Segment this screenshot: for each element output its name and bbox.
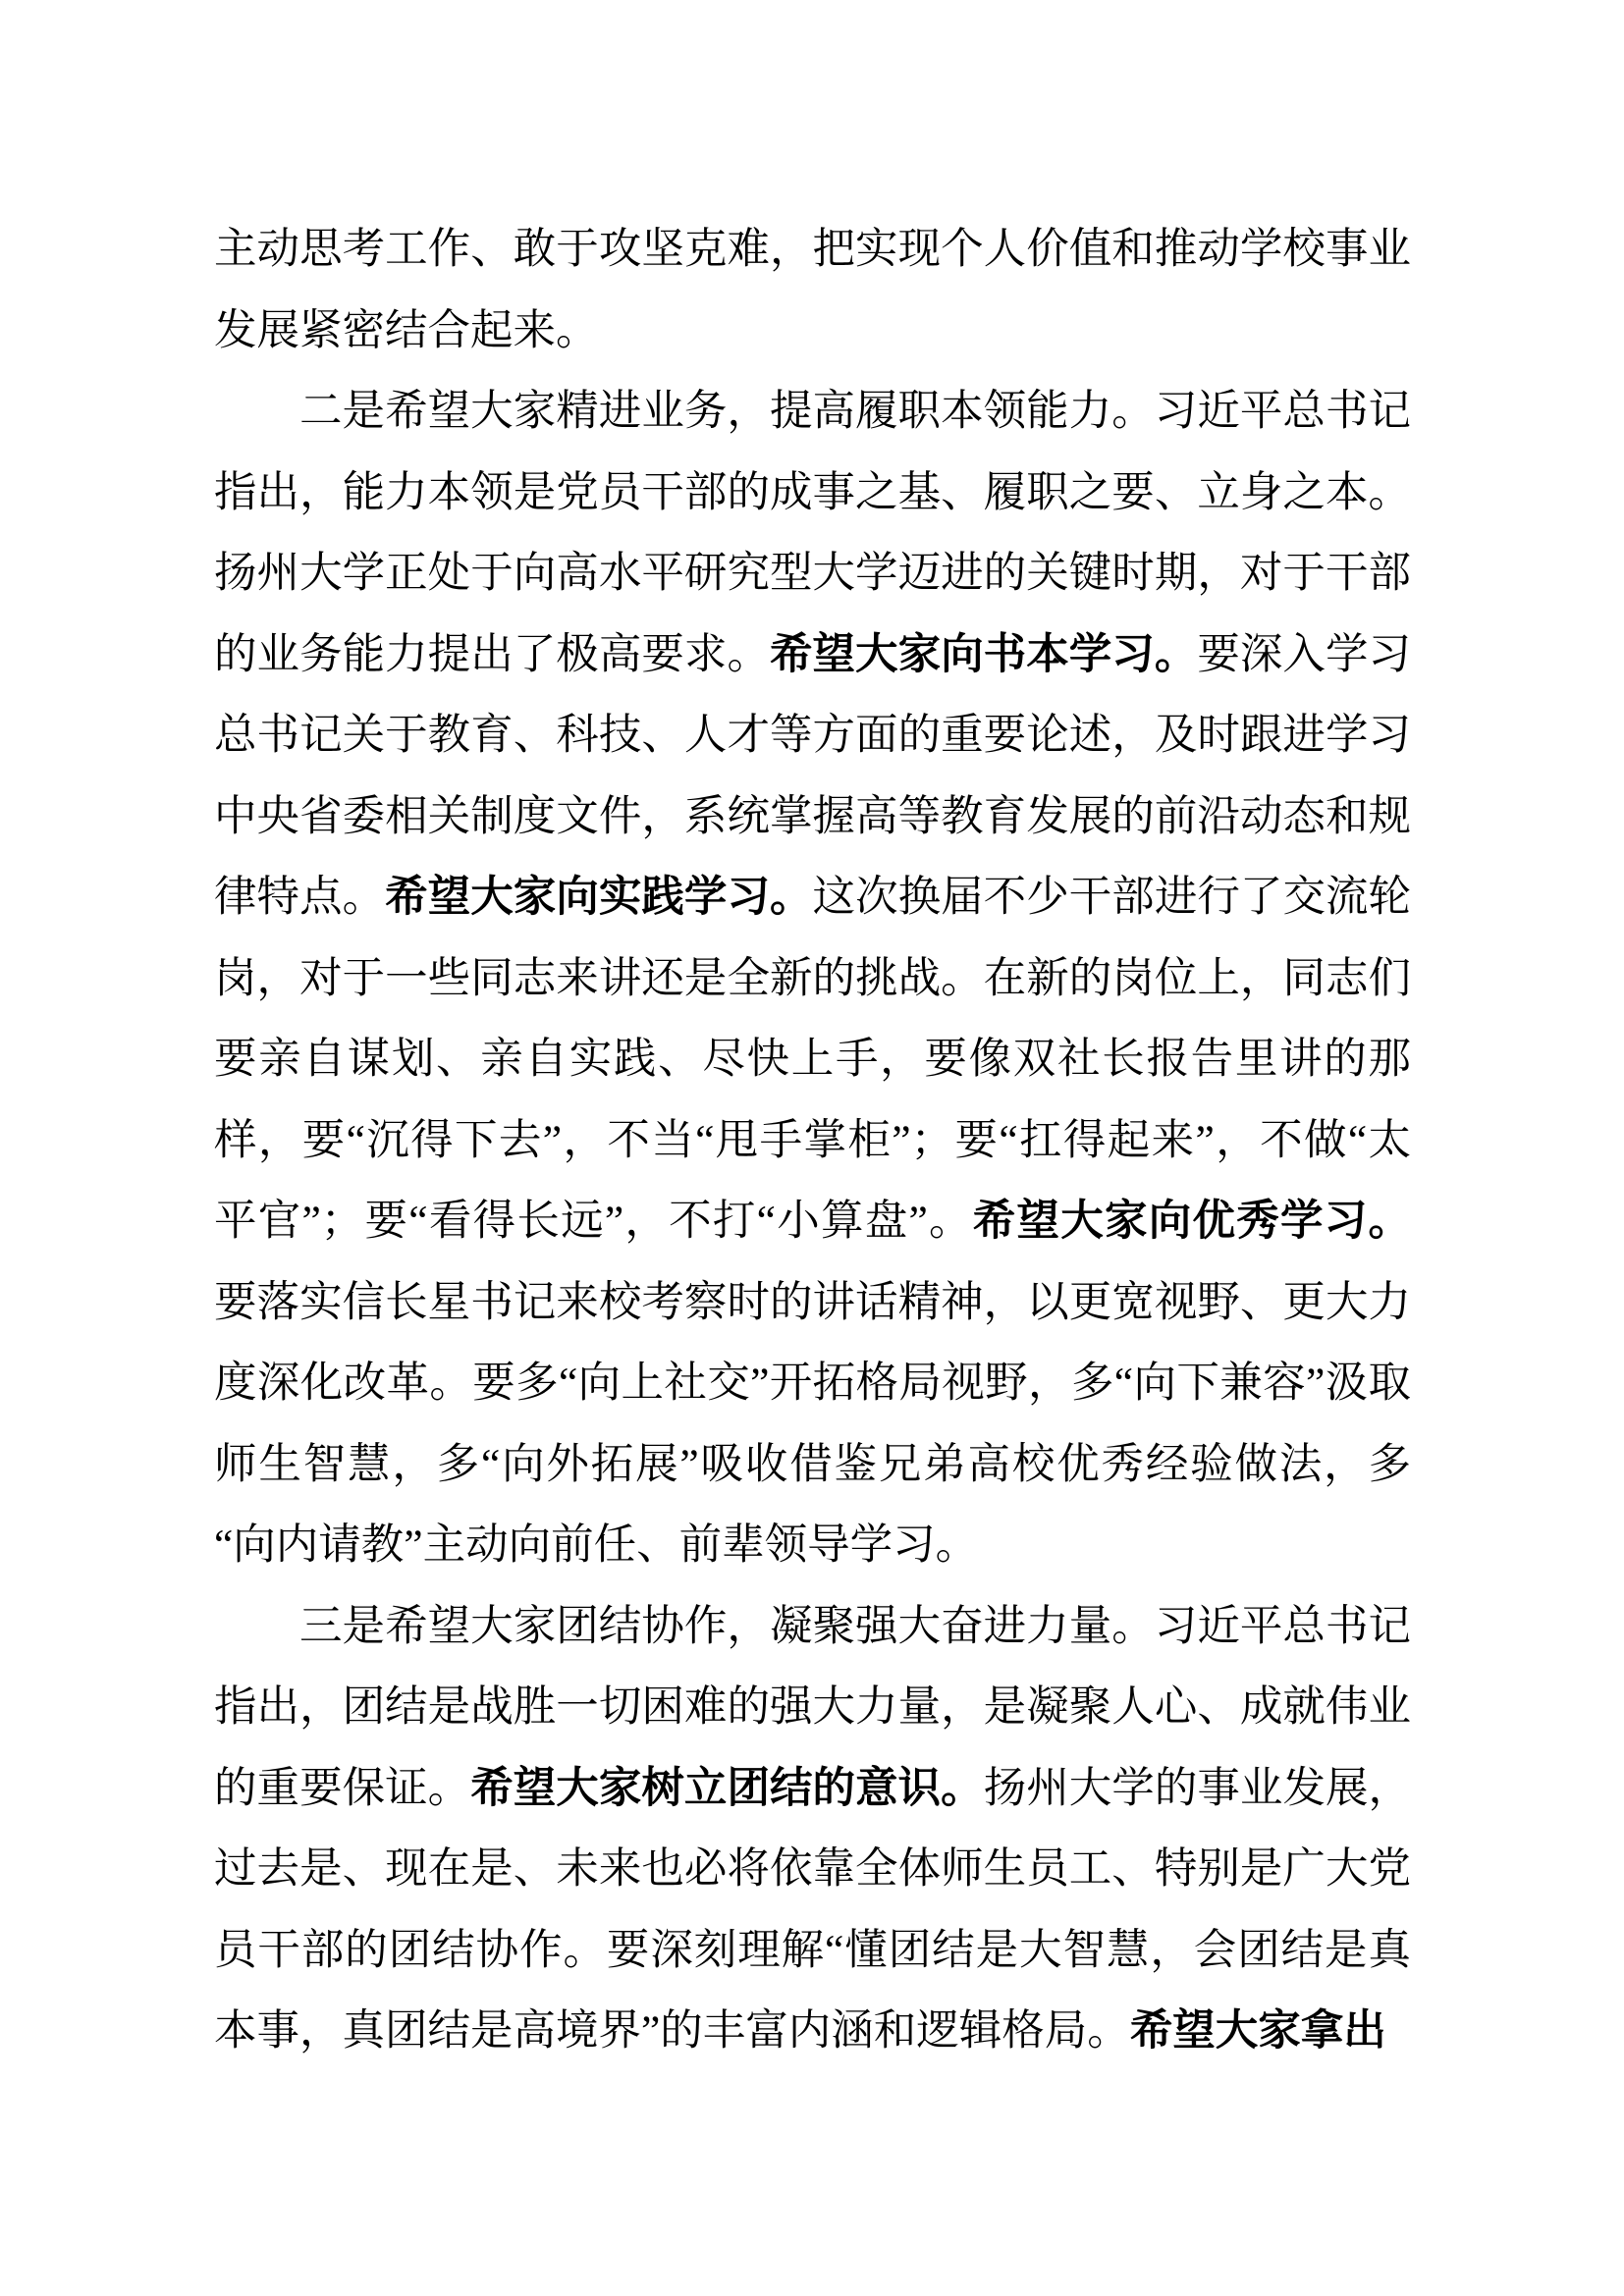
text-run-bold: 希望大家向实践学习。 xyxy=(385,874,812,921)
text-run: 主动思考工作、敢于攻坚克难，把实现个人价值和推动学校事业发展紧密结合起来。 xyxy=(214,226,1411,354)
document-page: 主动思考工作、敢于攻坚克难，把实现个人价值和推动学校事业发展紧密结合起来。二是希… xyxy=(0,0,1624,2296)
document-body: 主动思考工作、敢于攻坚克难，把实现个人价值和推动学校事业发展紧密结合起来。二是希… xyxy=(214,209,1411,2072)
text-run: 这次换届不少干部进行了交流轮岗，对于一些同志来讲还是全新的挑战。在新的岗位上，同… xyxy=(214,874,1411,1245)
paragraph: 主动思考工作、敢于攻坚克难，把实现个人价值和推动学校事业发展紧密结合起来。 xyxy=(214,209,1411,371)
text-run: 要落实信长星书记来校考察时的讲话精神，以更宽视野、更大力度深化改革。要多“向上社… xyxy=(214,1279,1411,1570)
text-run-bold: 希望大家向优秀学习。 xyxy=(973,1198,1411,1245)
paragraph: 三是希望大家团结协作，凝聚强大奋进力量。习近平总书记指出，团结是战胜一切困难的强… xyxy=(214,1586,1411,2072)
text-run-bold: 希望大家向书本学习。 xyxy=(770,631,1197,678)
paragraph: 二是希望大家精进业务，提高履职本领能力。习近平总书记指出，能力本领是党员干部的成… xyxy=(214,371,1411,1586)
text-run-bold: 希望大家树立团结的意识。 xyxy=(470,1765,983,1812)
text-run-bold: 希望大家拿出 xyxy=(1130,2007,1386,2055)
